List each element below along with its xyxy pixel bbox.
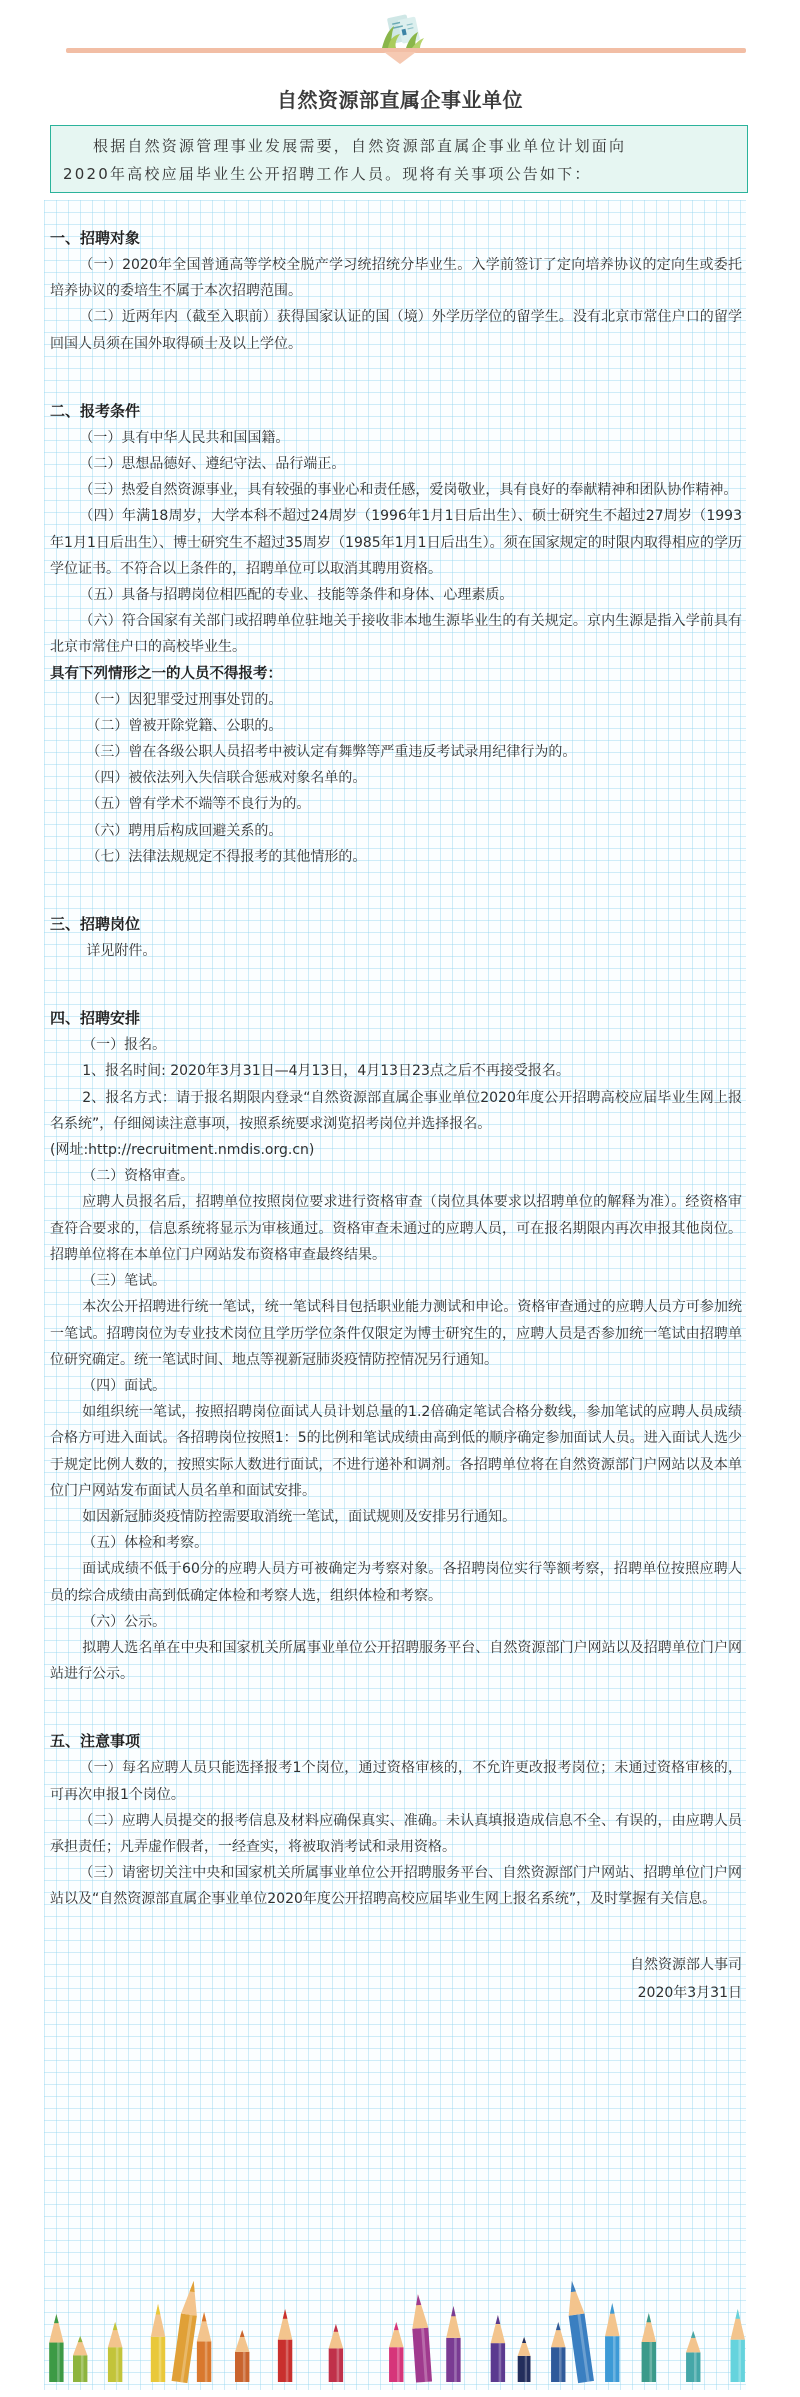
paragraph: 2、报名方式：请于报名期限内登录“自然资源部直属企事业单位2020年度公开招聘高…	[50, 1085, 742, 1137]
intro-line-1: 根据自然资源管理事业发展需要，自然资源部直属企事业单位计划面向	[63, 132, 727, 160]
exclusion-item: （四）被依法列入失信联合惩戒对象名单的。	[50, 765, 742, 791]
subsection-heading: （五）体检和考察。	[50, 1530, 742, 1556]
registration-url[interactable]: (网址:http://recruitment.nmdis.org.cn)	[50, 1137, 742, 1163]
pencil-icon	[73, 2336, 87, 2382]
top-divider-notch	[384, 52, 416, 64]
exclusion-heading: 具有下列情形之一的人员不得报考：	[50, 661, 742, 687]
intro-box: 根据自然资源管理事业发展需要，自然资源部直属企事业单位计划面向 2020年高校应…	[50, 125, 748, 193]
subsection-heading: （二）资格审查。	[50, 1163, 742, 1189]
paragraph: 面试成绩不低于60分的应聘人员方可被确定为考察对象。各招聘岗位实行等额考察，招聘…	[50, 1556, 742, 1608]
intro-line-2: 2020年高校应届毕业生公开招聘工作人员。现将有关事项公告如下：	[63, 160, 727, 188]
pencil-icon	[278, 2309, 292, 2382]
section-heading-notes: 五、注意事项	[50, 1727, 742, 1755]
section-heading-targets: 一、招聘对象	[50, 224, 742, 252]
pencil-icon	[686, 2331, 700, 2382]
paragraph: （二）思想品德好、遵纪守法、品行端正。	[50, 451, 742, 477]
pencil-icon	[551, 2322, 565, 2382]
pencil-icon	[235, 2330, 249, 2382]
paragraph: 如因新冠肺炎疫情防控需要取消统一笔试，面试规则及安排另行通知。	[50, 1504, 742, 1530]
paragraph: 应聘人员报名后，招聘单位按照岗位要求进行资格审查（岗位具体要求以招聘单位的解释为…	[50, 1189, 742, 1268]
pencil-icon	[151, 2304, 165, 2382]
subsection-heading: （三）笔试。	[50, 1268, 742, 1294]
subsection-heading: （一）报名。	[50, 1032, 742, 1058]
paragraph: 详见附件。	[50, 938, 742, 964]
pencil-icon	[108, 2322, 122, 2382]
pencil-icon	[731, 2309, 745, 2382]
exclusion-item: （二）曾被开除党籍、公职的。	[50, 713, 742, 739]
exclusion-item: （一）因犯罪受过刑事处罚的。	[50, 687, 742, 713]
subsection-heading: （六）公示。	[50, 1609, 742, 1635]
pencil-icon	[197, 2312, 211, 2382]
pencil-icon	[605, 2303, 619, 2382]
pencil-icon	[49, 2314, 63, 2382]
documents-with-grass-icon	[360, 12, 440, 52]
page-title: 自然资源部直属企事业单位	[0, 84, 800, 113]
section-heading-requirements: 二、报考条件	[50, 397, 742, 425]
announcement-body: 一、招聘对象 （一）2020年全国普通高等学校全脱产学习统招统分毕业生。入学前签…	[50, 210, 742, 2007]
paragraph: （一）2020年全国普通高等学校全脱产学习统招统分毕业生。入学前签订了定向培养协…	[50, 252, 742, 304]
paragraph: 本次公开招聘进行统一笔试，统一笔试科目包括职业能力测试和申论。资格审查通过的应聘…	[50, 1294, 742, 1373]
pencil-icon	[518, 2337, 531, 2382]
signature-org: 自然资源部人事司	[50, 1951, 742, 1979]
pencil-icon	[642, 2313, 656, 2382]
paragraph: （二）应聘人员提交的报考信息及材料应确保真实、准确。未认真填报造成信息不全、有误…	[50, 1808, 742, 1860]
paragraph: （一）每名应聘人员只能选择报考1个岗位，通过资格审核的，不允许更改报考岗位；未通…	[50, 1755, 742, 1807]
pencil-icon	[564, 2280, 594, 2383]
top-decoration	[0, 0, 800, 70]
paragraph: （三）热爱自然资源事业，具有较强的事业心和责任感，爱岗敬业，具有良好的奉献精神和…	[50, 477, 742, 503]
paragraph: （二）近两年内（截至入职前）获得国家认证的国（境）外学历学位的留学生。没有北京市…	[50, 304, 742, 356]
exclusion-item: （三）曾在各级公职人员招考中被认定有舞弊等严重违反考试录用纪律行为的。	[50, 739, 742, 765]
paragraph: （五）具备与招聘岗位相匹配的专业、技能等条件和身体、心理素质。	[50, 582, 742, 608]
signature-date: 2020年3月31日	[50, 1979, 742, 2007]
colored-pencils-decoration	[44, 2270, 746, 2385]
exclusion-item: （七）法律法规规定不得报考的其他情形的。	[50, 844, 742, 870]
paragraph: （六）符合国家有关部门或招聘单位驻地关于接收非本地生源毕业生的有关规定。京内生源…	[50, 608, 742, 660]
paragraph: 如组织统一笔试，按照招聘岗位面试人员计划总量的1.2倍确定笔试合格分数线，参加笔…	[50, 1399, 742, 1504]
paragraph: 拟聘人选名单在中央和国家机关所属事业单位公开招聘服务平台、自然资源部门户网站以及…	[50, 1635, 742, 1687]
pencil-icon	[410, 2294, 432, 2383]
exclusion-item: （六）聘用后构成回避关系的。	[50, 818, 742, 844]
paragraph: 1、报名时间: 2020年3月31日—4月13日，4月13日23点之后不再接受报…	[50, 1058, 742, 1084]
paragraph: （一）具有中华人民共和国国籍。	[50, 425, 742, 451]
pencil-icon	[491, 2315, 505, 2382]
section-heading-positions: 三、招聘岗位	[50, 910, 742, 938]
pencil-icon	[389, 2322, 403, 2382]
section-heading-schedule: 四、招聘安排	[50, 1004, 742, 1032]
exclusion-item: （五）曾有学术不端等不良行为的。	[50, 791, 742, 817]
subsection-heading: （四）面试。	[50, 1373, 742, 1399]
paragraph: （三）请密切关注中央和国家机关所属事业单位公开招聘服务平台、自然资源部门户网站、…	[50, 1860, 742, 1912]
paragraph: （四）年满18周岁，大学本科不超过24周岁（1996年1月1日后出生）、硕士研究…	[50, 503, 742, 582]
pencil-icon	[329, 2324, 343, 2382]
pencil-icon	[446, 2306, 460, 2382]
